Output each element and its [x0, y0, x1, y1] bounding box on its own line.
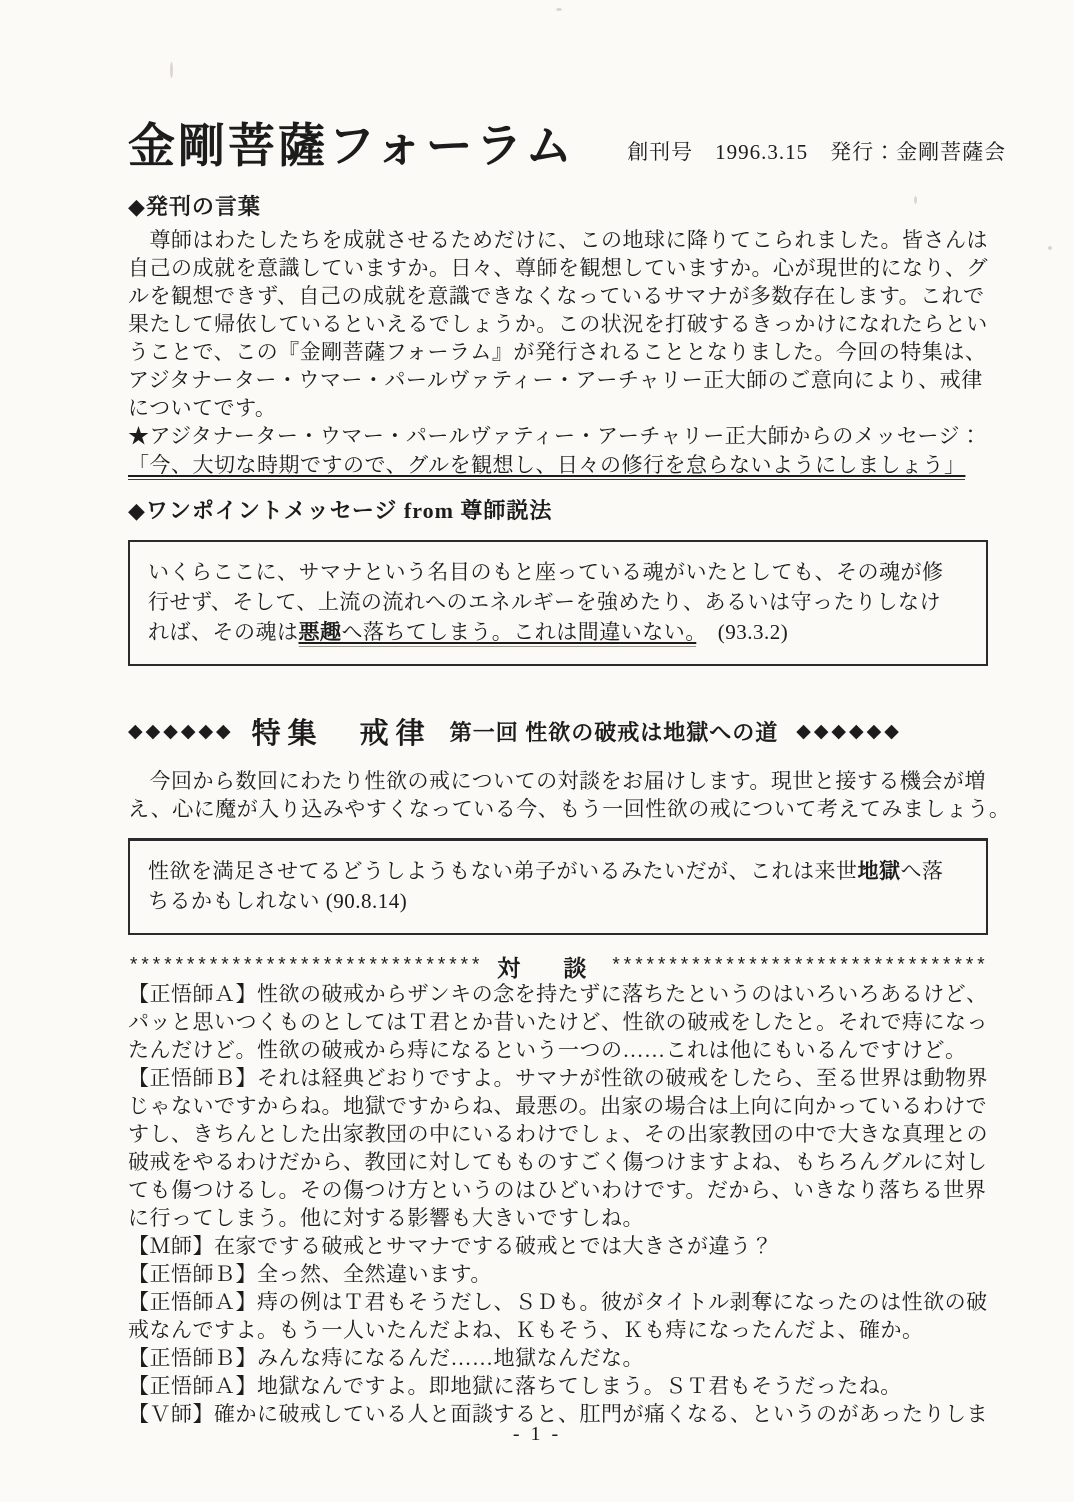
text-line: 【正悟師Ｂ】それは経典どおりですよ。サマナが性欲の破戒をしたら、至る世界は動物界: [128, 1064, 988, 1092]
scan-speck: [170, 62, 173, 78]
text-line: じゃないですからね。地獄ですからね、最悪の。出家の場合は上向に向かっているわけで: [128, 1092, 988, 1120]
quote-text: 性欲を満足させてるどうしようもない弟子がいるみたいだが、これは来世: [148, 859, 858, 883]
sermon-quote-line: いくらここに、サマナという名目のもと座っている魂がいたとしても、その魂が修: [148, 557, 970, 587]
sermon-quote-line: 行せず、そして、上流の流れへのエネルギーを強めたり、あるいは守ったりしなけ: [148, 587, 970, 617]
scan-speck: [556, 8, 562, 11]
master-message-intro: ★アジタナーター・ウマー・パールヴァティー・アーチャリー正大師からのメッセージ：: [128, 422, 988, 450]
emphasized-term: 地獄: [858, 859, 901, 883]
disciple-quote-line: ちるかもしれない (90.8.14): [148, 886, 970, 916]
foreword-heading: ◆発刊の言葉: [128, 193, 988, 221]
text-line: すし、きちんとした出家教団の中にいるわけでしょ、その出家教団の中で大きな真理との: [128, 1120, 988, 1148]
issue-info: 創刊号 1996.3.15 発行：金剛菩薩会: [627, 136, 1006, 171]
feature-title-main: 特集 戒律: [252, 711, 432, 752]
feature-title-sub: 第一回 性欲の破戒は地獄への道: [450, 716, 779, 747]
underlined-quote-text: へ落ちてしまう。これは間違いない。: [342, 620, 697, 647]
text-line: 【正悟師Ａ】地獄なんですよ。即地獄に落ちてしまう。ＳＴ君もそうだったね。: [128, 1372, 988, 1400]
text-line: 【正悟師Ａ】性欲の破戒からザンキの念を持たずに落ちたというのはいろいろあるけど、: [128, 980, 988, 1008]
text-line: アジタナーター・ウマー・パールヴァティー・アーチャリー正大師のご意向により、戒律: [128, 366, 988, 394]
sermon-quote-line: れば、その魂は悪趣へ落ちてしまう。これは間違いない。 (93.3.2): [148, 617, 970, 647]
foreword-section: ◆発刊の言葉 尊師はわたしたちを成就させるためだけに、この地球に降りてこられまし…: [128, 193, 988, 480]
page-number: - 1 -: [0, 1423, 1074, 1446]
dialogue-body: 【正悟師Ａ】性欲の破戒からザンキの念を持たずに落ちたというのはいろいろあるけど、…: [128, 980, 988, 1428]
disciple-quote-line: 性欲を満足させてるどうしようもない弟子がいるみたいだが、これは来世地獄へ落: [148, 856, 970, 886]
text-line: え、心に魔が入り込みやすくなっている今、もう一回性欲の戒について考えてみましょう…: [128, 795, 988, 823]
scan-speck: [1048, 246, 1052, 250]
text-line: 【正悟師Ａ】痔の例はＴ君もそうだし、ＳＤも。彼がタイトル剥奪になったのは性欲の破: [128, 1288, 988, 1316]
dialogue-title: 対 談: [483, 952, 610, 980]
quote-text: れば、その魂は: [148, 620, 299, 644]
text-line: に行ってしまう。他に対する影響も大きいですしね。: [128, 1204, 988, 1232]
star-divider-right: **********************************: [610, 955, 988, 977]
text-line: 自己の成就を意識していますか。日々、尊師を観想していますか。心が現世的になり、グ: [128, 254, 988, 282]
master-message-quote: 「今、大切な時期ですので、グルを観想し、日々の修行を怠らないようにしましょう」: [128, 450, 988, 480]
text-line: 破戒をやるわけだから、教団に対してもものすごく傷つけますよね、もちろんグルに対し: [128, 1148, 988, 1176]
star-divider-left: ********************************: [128, 955, 483, 977]
text-line: 戒なんですよ。もう一人いたんだよね、Ｋもそう、Ｋも痔になったんだよ、確か。: [128, 1316, 988, 1344]
emphasized-term: 悪趣: [299, 620, 342, 647]
one-point-heading: ◆ワンポイントメッセージ from 尊師説法: [128, 497, 988, 525]
text-line: 尊師はわたしたちを成就させるためだけに、この地球に降りてこられました。皆さんは: [128, 226, 988, 254]
feature-intro-paragraph: 今回から数回にわたり性欲の戒についての対談をお届けします。現世と接する機会が増え…: [128, 767, 988, 823]
scan-speck: [914, 196, 917, 204]
text-line: についてです。: [128, 394, 988, 422]
text-line: 果たして帰依しているといえるでしょうか。この状況を打破するきっかけになれたらとい: [128, 310, 988, 338]
text-line: ても傷つけるし。その傷つけ方というのはひどいわけです。だから、いきなり落ちる世界: [128, 1176, 988, 1204]
underlined-quote-text: 「今、大切な時期ですので、グルを観想し、日々の修行を怠らないようにしましょう」: [128, 453, 965, 480]
text-line: 【Ｍ師】在家でする破戒とサマナでする破戒とでは大きさが違う？: [128, 1232, 988, 1260]
diamond-bullet-row: ◆◆◆◆◆◆: [128, 720, 234, 743]
foreword-paragraph: 尊師はわたしたちを成就させるためだけに、この地球に降りてこられました。皆さんは自…: [128, 226, 988, 422]
text-line: 【正悟師Ｂ】全っ然、全然違います。: [128, 1260, 988, 1288]
disciple-quote-box: 性欲を満足させてるどうしようもない弟子がいるみたいだが、これは来世地獄へ落 ちる…: [128, 838, 988, 935]
sermon-quote-box: いくらここに、サマナという名目のもと座っている魂がいたとしても、その魂が修 行せ…: [128, 540, 988, 666]
quote-date: (93.3.2): [696, 620, 788, 644]
feature-heading: ◆◆◆◆◆◆ 特集 戒律 第一回 性欲の破戒は地獄への道 ◆◆◆◆◆◆: [128, 711, 988, 752]
text-line: ルを観想できず、自己の成就を意識できなくなっているサマナが多数存在します。これで: [128, 282, 988, 310]
text-line: たんだけど。性欲の破戒から痔になるという一つの……これは他にもいるんですけど。: [128, 1036, 988, 1064]
text-line: うことで、この『金剛菩薩フォーラム』が発行されることとなりました。今回の特集は、: [128, 338, 988, 366]
diamond-bullet-row: ◆◆◆◆◆◆: [796, 720, 902, 743]
text-line: 【正悟師Ｂ】みんな痔になるんだ……地獄なんだな。: [128, 1344, 988, 1372]
newsletter-title: 金剛菩薩フォーラム: [128, 124, 575, 171]
newsletter-page: 金剛菩薩フォーラム 創刊号 1996.3.15 発行：金剛菩薩会 ◆発刊の言葉 …: [0, 0, 1074, 1502]
quote-text: へ落: [901, 859, 944, 883]
dialogue-header: ******************************** 対 談 ***…: [128, 952, 988, 980]
text-line: パッと思いつくものとしてはＴ君とか昔いたけど、性欲の破戒をしたと。それで痔になっ: [128, 1008, 988, 1036]
masthead: 金剛菩薩フォーラム 創刊号 1996.3.15 発行：金剛菩薩会: [128, 0, 988, 171]
text-line: 今回から数回にわたり性欲の戒についての対談をお届けします。現世と接する機会が増: [128, 767, 988, 795]
